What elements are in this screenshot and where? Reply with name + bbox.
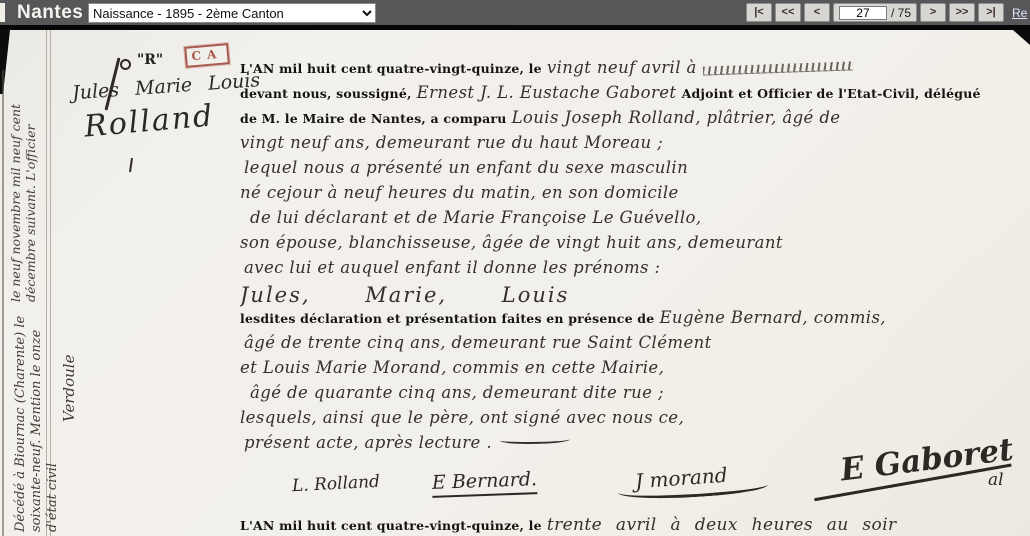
act-line: son épouse, blanchisseuse, âgée de vingt… [240,233,1028,258]
signature-paraph: al [988,470,1004,490]
act-line: devant nous, soussigné, Ernest J. L. Eus… [240,83,1028,108]
signature-bernard: E Bernard. [432,468,538,498]
margin-mention-line: Décédé à Biournac (Charente) le [13,277,29,532]
signature-rolland: L. Rolland [292,472,381,497]
next-page-button[interactable]: > [920,3,946,22]
ca-stamp: CA [184,43,230,68]
scan-corner [1013,30,1030,45]
fast-prev-button[interactable]: << [775,3,801,22]
margin-mention-line: soixante-neuf. Mention le onze [29,277,45,532]
act-body: L'AN mil huit cent quatre-vingt-quinze, … [240,58,1028,536]
r-annotation: "R" [137,52,163,68]
first-page-button[interactable]: |< [746,3,772,22]
margin-mention-signature: Verdoule [61,277,77,422]
page-counter: / 75 [833,3,917,22]
toolbar: Nantes Naissance - 1895 - 2ème Canton |<… [0,0,1030,25]
act-line: âgé de trente cinq ans, demeurant rue Sa… [240,333,1028,358]
margin-mention-line: le neuf novembre mil neuf cent [8,40,23,302]
act-line: âgé de quarante cinq ans, demeurant dite… [240,383,1028,408]
act-line: vingt neuf ans, demeurant rue du haut Mo… [240,133,1028,158]
act-line: et Louis Marie Morand, commis en cette M… [240,358,1028,383]
scan-canvas[interactable]: le neuf novembre mil neuf cent décembre … [0,30,1030,536]
archive-viewer: Nantes Naissance - 1895 - 2ème Canton |<… [0,0,1030,536]
act-line: lesdites déclaration et présentation fai… [240,308,1028,333]
register-select[interactable]: Naissance - 1895 - 2ème Canton [88,3,376,23]
page-total-label: / 75 [891,6,911,20]
act-line: de M. le Maire de Nantes, a comparu Loui… [240,108,1028,133]
act-line: né cejour à neuf heures du matin, en son… [240,183,1028,208]
prev-page-button[interactable]: < [804,3,830,22]
act-line: L'AN mil huit cent quatre-vingt-quinze, … [240,58,1028,83]
next-act-first-line: L'AN mil huit cent quatre-vingt-quinze, … [240,515,1028,536]
pen-flourish [500,436,570,444]
margin-mention-lower: Décédé à Biournac (Charente) le soixante… [13,277,77,532]
act-line: avec lui et auquel enfant il donne les p… [240,258,1028,283]
signatures-row: L. Rolland E Bernard. J morand E Gaboret… [240,458,1028,515]
act-line: lesquels, ainsi que le père, ont signé a… [240,408,1028,433]
paper-edge-line [2,70,4,536]
margin-tick-mark [129,158,133,172]
act-line: de lui déclarant et de Marie Françoise L… [240,208,1028,233]
signature-morand: J morand [634,463,728,493]
act-line-child-names: Jules, Marie, Louis [240,283,1028,308]
margin-mention-line: décembre suivant. L'officier [23,40,38,302]
app-title: Nantes [17,0,83,25]
search-link[interactable]: Re [1012,6,1030,20]
page-number-input[interactable] [839,6,887,20]
crossed-out-scribble [703,61,853,75]
page-navigation: |< << < / 75 > >> >| Re [746,3,1030,22]
margin-mention-upper: le neuf novembre mil neuf cent décembre … [8,40,38,302]
last-page-button[interactable]: >| [978,3,1004,22]
app-logo-icon [0,3,5,22]
act-line: lequel nous a présenté un enfant du sexe… [240,158,1028,183]
fast-next-button[interactable]: >> [949,3,975,22]
margin-mention-line: d'état civil [45,277,61,532]
